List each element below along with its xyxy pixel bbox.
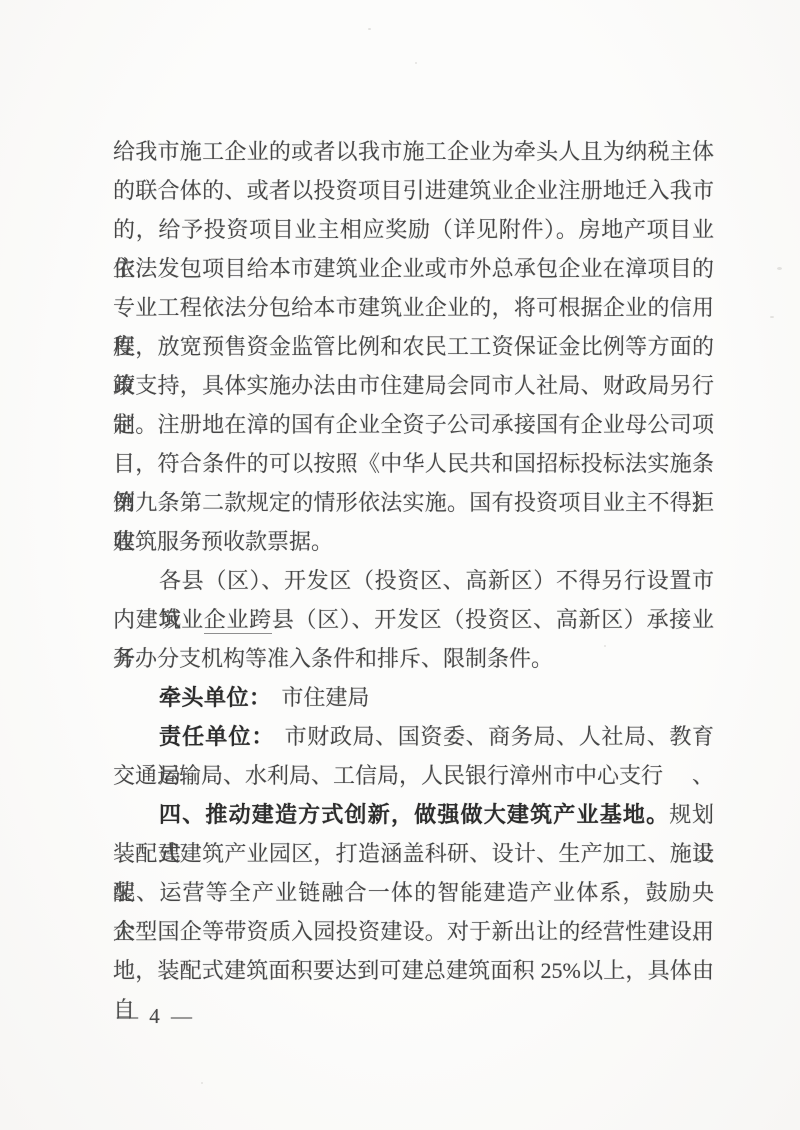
- text-line: 给我市施工企业的或者以我市施工企业为牵头人且为纳税主体: [113, 132, 714, 171]
- scan-speck: [415, 62, 417, 64]
- lead-unit-value: 市住建局: [281, 685, 369, 710]
- underlined-text: 企业跨: [204, 607, 272, 634]
- section-heading: 四、推动建造方式创新，做强做大建筑产业基地。: [159, 802, 669, 827]
- section-heading-line: 四、推动建造方式创新，做强做大建筑产业基地。规划建设: [113, 795, 714, 834]
- scan-speck: [368, 28, 371, 30]
- scan-speck: [201, 1082, 203, 1084]
- text-line: 地，装配式建筑面积要达到可建总建筑面积 25%以上，具体由自: [113, 951, 714, 990]
- text-line: 度，放宽预售资金监管比例和农民工工资保证金比例等方面的政: [113, 327, 714, 366]
- text-line: 第九条第二款规定的情形依法实施。国有投资项目业主不得拒收: [113, 483, 714, 522]
- scan-speck: [777, 267, 782, 270]
- text-line: 依法发包项目给本市建筑业企业或市外总承包企业在漳项目的: [113, 249, 714, 288]
- document-page: 给我市施工企业的或者以我市施工企业为牵头人且为纳税主体 的联合体的、或者以投资项…: [0, 0, 800, 1130]
- text-line: 建筑服务预收款票据。: [113, 522, 714, 561]
- text-line: 配、运营等全产业链融合一体的智能建造产业体系，鼓励央企、: [113, 873, 714, 912]
- text-line: 目，符合条件的可以按照《中华人民共和国招标投标法实施条例》: [113, 444, 714, 483]
- text-line: 策支持，具体实施办法由市住建局会同市人社局、财政局另行制: [113, 366, 714, 405]
- text-line: 装配式建筑产业园区，打造涵盖科研、设计、生产加工、施工装: [113, 834, 714, 873]
- text-line: 内建筑业企业跨县（区）、开发区（投资区、高新区）承接业务: [113, 600, 714, 639]
- document-body: 给我市施工企业的或者以我市施工企业为牵头人且为纳税主体 的联合体的、或者以投资项…: [113, 132, 714, 990]
- responsible-unit-line: 责任单位：市财政局、国资委、商务局、人社局、教育局、: [113, 717, 714, 756]
- page-number: — 4 —: [117, 1004, 195, 1028]
- text-line: 交通运输局、水利局、工信局，人民银行漳州市中心支行: [113, 756, 714, 795]
- scan-speck: [770, 316, 774, 318]
- text-line: 的，给予投资项目业主相应奖励（详见附件）。房地产项目业主: [113, 210, 714, 249]
- text-line: 专业工程依法分包给本市建筑业企业的，将可根据企业的信用程: [113, 288, 714, 327]
- text-line: 大型国企等带资质入园投资建设。对于新出让的经营性建设用: [113, 912, 714, 951]
- responsible-unit-label: 责任单位：: [159, 724, 275, 749]
- text-line: 定。注册地在漳的国有企业全资子公司承接国有企业母公司项: [113, 405, 714, 444]
- text-line: 开办分支机构等准入条件和排斥、限制条件。: [113, 639, 714, 678]
- page-footer: — 4 —: [117, 1001, 195, 1031]
- text-segment: 内建筑业: [113, 607, 204, 632]
- text-line: 各县（区）、开发区（投资区、高新区）不得另行设置市域: [113, 561, 714, 600]
- lead-unit-label: 牵头单位：: [159, 685, 272, 710]
- text-line: 的联合体的、或者以投资项目引进建筑业企业注册地迁入我市: [113, 171, 714, 210]
- lead-unit-line: 牵头单位：市住建局: [113, 678, 714, 717]
